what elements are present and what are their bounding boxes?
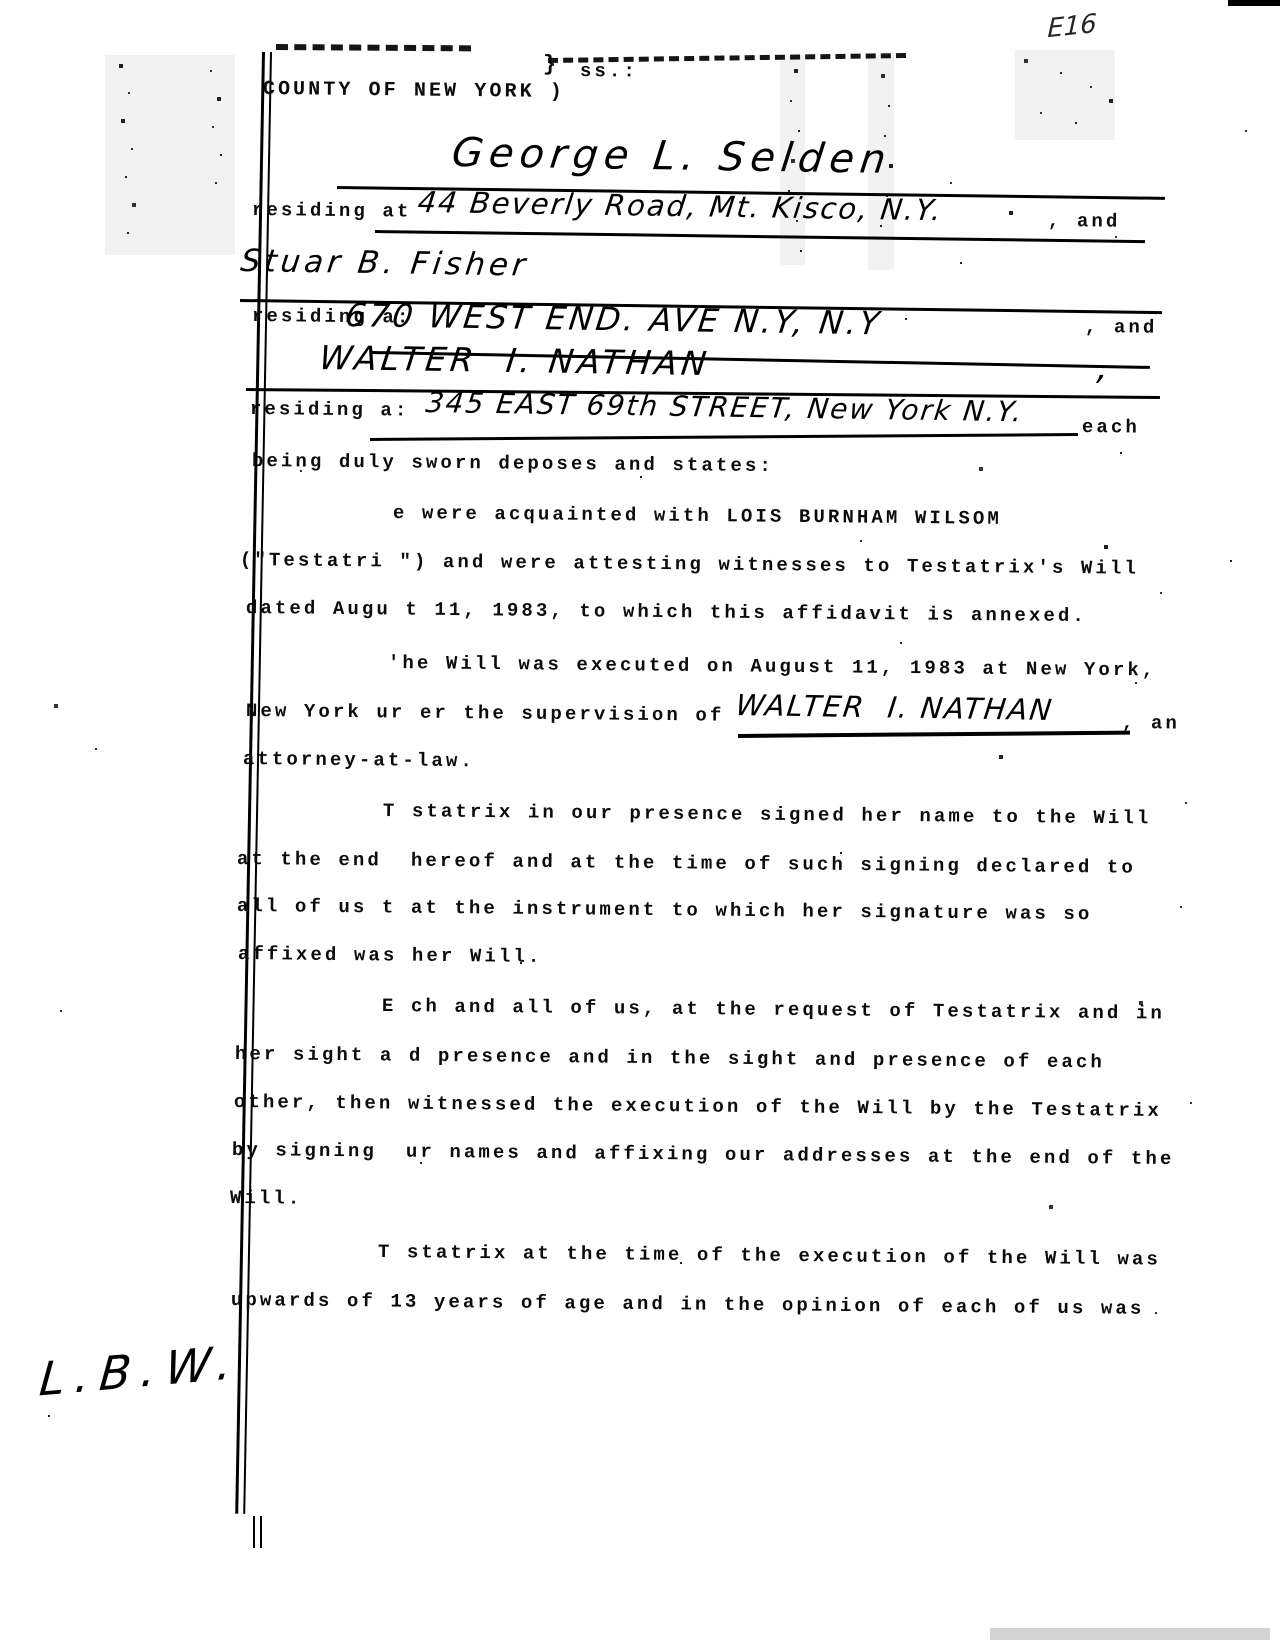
jurat-brace: } bbox=[543, 52, 560, 77]
witness3-each: each bbox=[1082, 416, 1140, 439]
scan-bar-bottom bbox=[990, 1628, 1270, 1640]
paragraph4-line5: Will. bbox=[230, 1187, 303, 1210]
opening-line: being duly sworn deposes and states: bbox=[252, 450, 774, 477]
county-line: COUNTY OF NEW YORK ) bbox=[263, 78, 565, 104]
paragraph1-line3: dated Augu t 11, 1983, to which this aff… bbox=[246, 597, 1087, 627]
paragraph2-line1: 'he Will was executed on August 11, 1983… bbox=[388, 652, 1157, 681]
paragraph4-line4: by signing ur names and affixing our add… bbox=[232, 1139, 1175, 1170]
scanned-affidavit-page: E16 COUNTY OF NEW YORK ) } ss.: George L… bbox=[0, 0, 1280, 1648]
paragraph1-line2: ("Testatri ") and were attesting witness… bbox=[240, 549, 1139, 580]
paragraph4-line3: other, then witnessed the execution of t… bbox=[234, 1091, 1162, 1122]
paragraph5-line2: upwards of 13 years of age and in the op… bbox=[231, 1289, 1145, 1320]
corner-mark: E16 bbox=[1047, 9, 1097, 44]
paragraph4-line1: E ch and all of us, at the request of Te… bbox=[382, 995, 1165, 1025]
witness1-residing-label: residing at bbox=[252, 199, 412, 223]
supervising-attorney-underline bbox=[738, 731, 1130, 738]
witness3-address-underline bbox=[370, 433, 1078, 441]
paragraph2-line3: attorney-at-law. bbox=[243, 748, 475, 772]
paragraph2-an: , an bbox=[1122, 712, 1180, 735]
witness2-and: , and bbox=[1085, 316, 1158, 339]
witness1-and: , and bbox=[1048, 210, 1121, 233]
left-margin-rule-tick bbox=[253, 1516, 262, 1548]
supervising-attorney-name: WALTER I. NATHAN bbox=[734, 688, 1055, 727]
jurat-ss: ss.: bbox=[580, 60, 638, 83]
paragraph2-line2: New York ur er the supervision of bbox=[246, 700, 725, 727]
scan-noise-specks bbox=[0, 0, 2, 2]
paragraph3-line4: affixed was her Will. bbox=[238, 943, 543, 968]
scan-smudge-topright bbox=[1015, 50, 1115, 140]
paragraph4-line2: her sight a d presence and in the sight … bbox=[235, 1043, 1105, 1073]
paragraph1-line1: e were acquainted with LOIS BURNHAM WILS… bbox=[393, 502, 1002, 530]
testatrix-initials: L.B.W. bbox=[37, 1334, 244, 1406]
paragraph3-line2: at the end hereof and at the time of suc… bbox=[237, 848, 1136, 879]
witness3-address: 345 EAST 69th STREET, New York N.Y. bbox=[424, 386, 1025, 428]
witness1-address-underline bbox=[375, 230, 1145, 243]
paragraph3-line1: T statrix in our presence signed her nam… bbox=[383, 800, 1152, 829]
scan-smudge-left bbox=[105, 55, 235, 255]
paragraph3-line3: all of us t at the instrument to which h… bbox=[237, 895, 1093, 925]
witness1-name: George L. Selden bbox=[449, 130, 894, 183]
witness2-address: 670 WEST END. AVE N.Y, N.Y bbox=[343, 296, 884, 342]
witness2-name: Stuar B. Fisher bbox=[239, 243, 531, 283]
witness1-address: 44 Beverly Road, Mt. Kisco, N.Y. bbox=[416, 185, 945, 227]
paragraph5-line1: T statrix at the time of the execution o… bbox=[378, 1241, 1161, 1271]
witness3-residing-label: residing a: bbox=[250, 398, 410, 422]
torn-dashed-line-left bbox=[276, 44, 471, 51]
scan-edge-mark bbox=[1228, 0, 1280, 6]
witness3-name: WALTER I. NATHAN bbox=[317, 338, 712, 383]
